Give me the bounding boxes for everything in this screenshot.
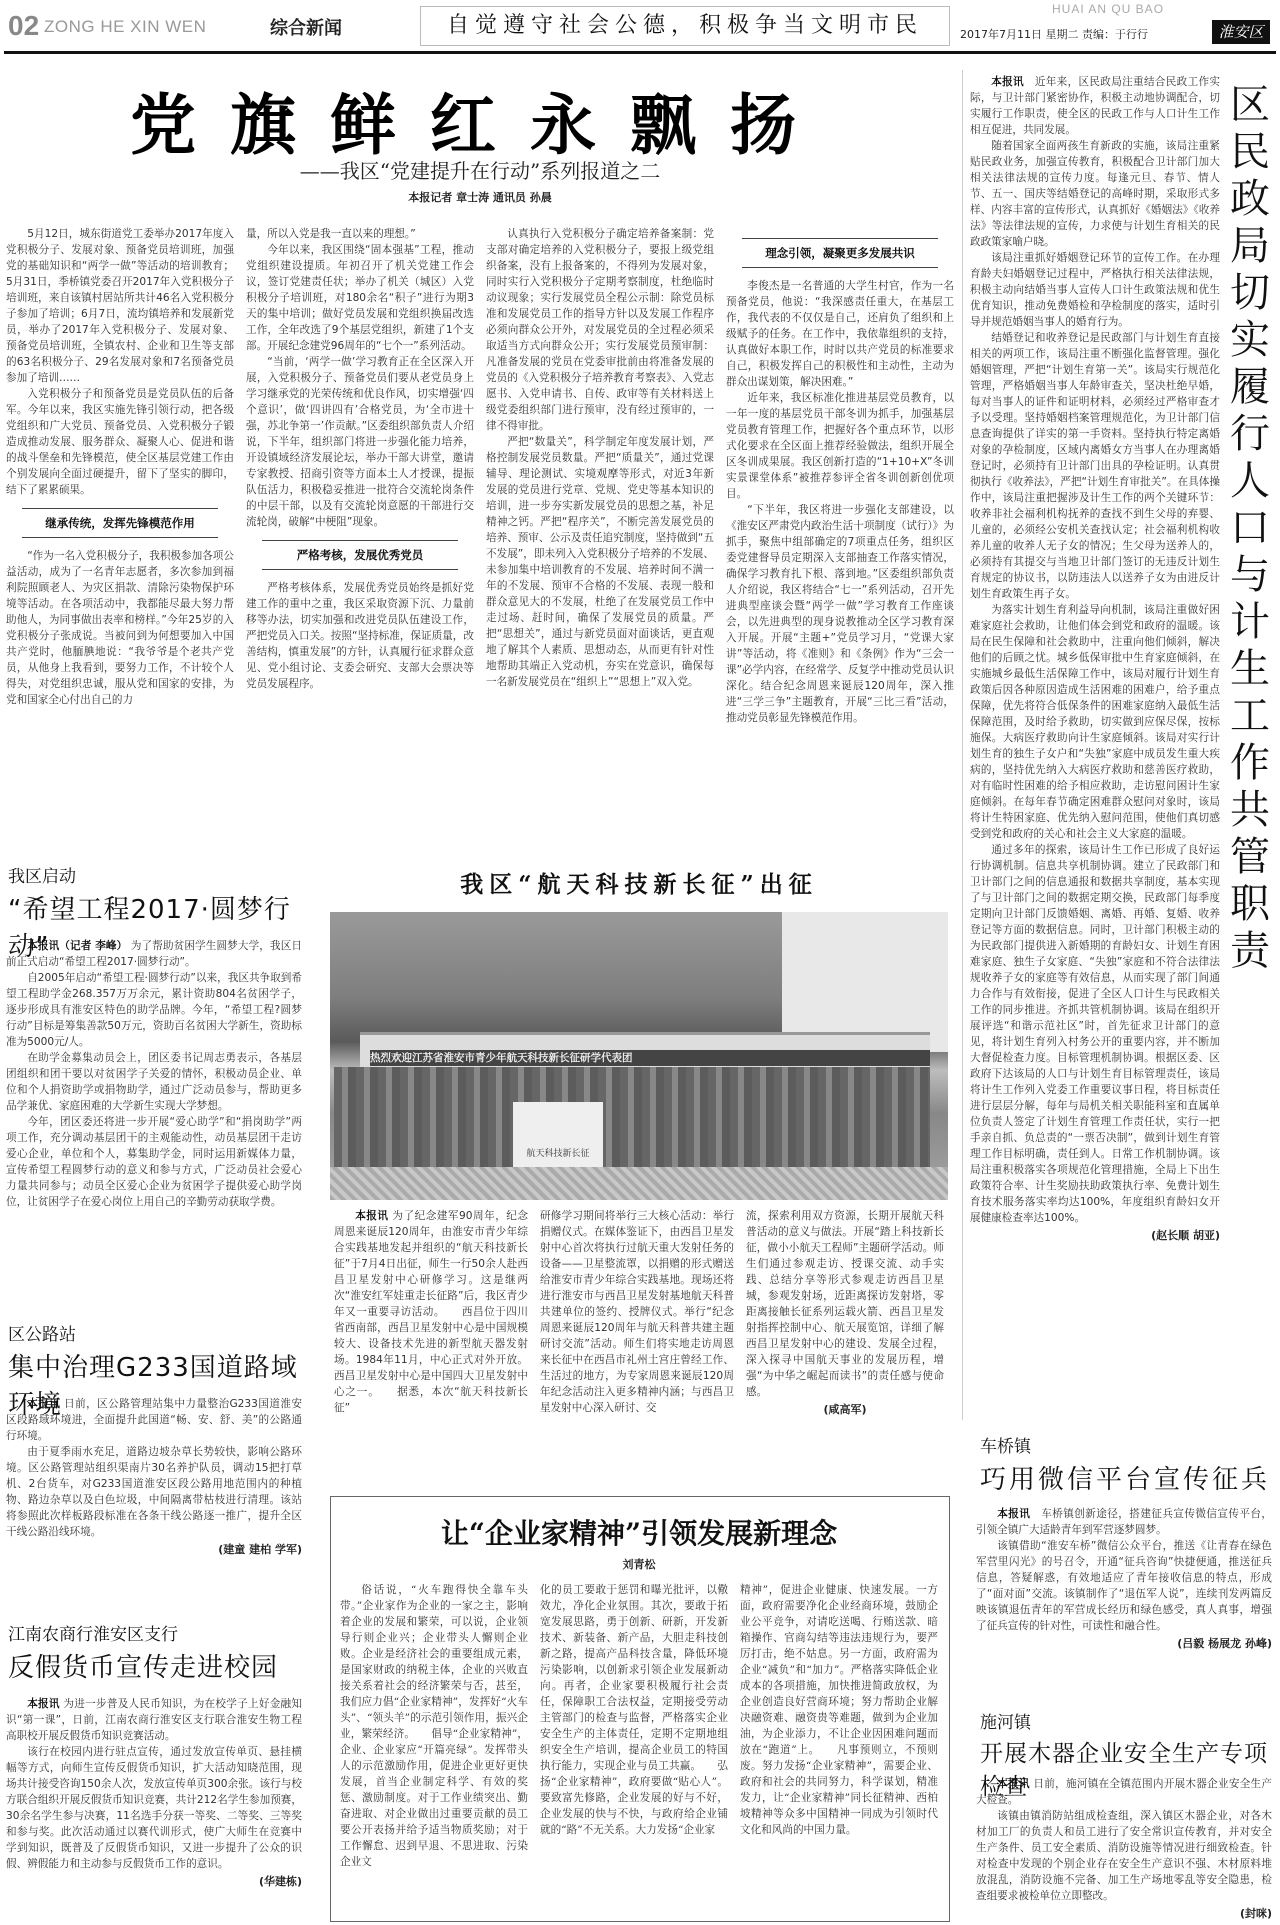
- photo-banner: 热烈欢迎江苏省淮安市青少年航天科技新长征研学代表团: [370, 1050, 930, 1066]
- editorial-column-2: 化的员工要敢于惩罚和曝光批评，以儆效尤，净化企业氛围。其次，要敢于拓宽发展思路，…: [540, 1582, 728, 1912]
- paragraph: 流，探索利用双方资源，长期开展航天科普活动的意义与做法。开展“踏上科技新长征，做…: [746, 1208, 944, 1400]
- lead-story-column-1: 5月12日，城东街道党工委举办2017年度入党积极分子、发展对象、预备党员培训班…: [6, 226, 234, 826]
- space-story-column-2: 研修学习期间将举行三大核心活动：举行捐赠仪式。在媒体鉴证下，由西昌卫星发射中心首…: [540, 1208, 734, 1488]
- story-credit: (建童 建柏 学军): [6, 1542, 302, 1558]
- lead-story-title: 党旗鲜红永飘扬: [40, 72, 920, 167]
- story-credit: (赵长顺 胡亚): [970, 1228, 1220, 1244]
- space-story-column-1: 本报讯 为了纪念建军90周年，纪念周恩来诞辰120周年，由淮安市青少年综合实践基…: [334, 1208, 528, 1488]
- paragraph: 入党积极分子和预备党员是党员队伍的后备军。今年以来，我区实施先锋引领行动，把各级…: [6, 386, 234, 498]
- cheqiao-headline: 车桥镇 巧用微信平台宣传征兵: [980, 1432, 1280, 1496]
- cheqiao-body: 本报讯 车桥镇创新途径，搭建征兵宣传微信宣传平台，引领全镇广大适龄青年到军营逐梦…: [976, 1506, 1272, 1706]
- shihe-body: 本报讯 日前，施河镇在全镇范围内开展木器企业安全生产大检查。 该镇由镇消防站组成…: [976, 1776, 1272, 1922]
- section-pinyin: ZONG HE XIN WEN: [44, 17, 206, 37]
- paragraph: 俗话说，“火车跑得快全靠车头带。”企业家作为企业的一家之主，影响着企业的发展和繁…: [340, 1582, 528, 1870]
- masthead: 02 ZONG HE XIN WEN 综合新闻 自觉遵守社会公德，积极争当文明市…: [0, 0, 1280, 56]
- paper-pinyin: HUAI AN QU BAO: [1052, 2, 1164, 16]
- paragraph: 结婚登记和收养登记是民政部门与计划生育直接相关的两项工作，该局注重不断强化监督管…: [970, 330, 1220, 602]
- paragraph: 该镇借助“淮安车桥”微信公众平台，推送《让青春在绿色军营里闪光》的号召令，开通“…: [976, 1538, 1272, 1634]
- paragraph: “作为一名入党积极分子，我积极参加各项公益活动，成为了一名青年志愿者，多次参加到…: [6, 548, 234, 708]
- paragraph: 认真执行入党积极分子确定培养备案制：党支部对确定培养的入党积极分子，要报上级党组…: [486, 226, 714, 434]
- group-photo: 热烈欢迎江苏省淮安市青少年航天科技新长征研学代表团 航天科技新长征: [330, 912, 948, 1200]
- lead-label: 本报讯: [27, 1398, 60, 1410]
- section-subhead: 理念引领，凝聚更多发展共识: [742, 238, 938, 268]
- lead-story-column-3: 认真执行入党积极分子确定培养备案制：党支部对确定培养的入党积极分子，要报上级党组…: [486, 226, 714, 826]
- paragraph: 该镇由镇消防站组成检查组，深入镇区木器企业，对各木材加工厂的负责人和员工进行了安…: [976, 1808, 1272, 1904]
- story-kicker: 车桥镇: [980, 1432, 1280, 1457]
- paragraph: 精神”，促进企业健康、快速发展。一方面，政府需要净化企业经商环境，鼓励企业公平竞…: [740, 1582, 938, 1838]
- editorial-column-3: 精神”，促进企业健康、快速发展。一方面，政府需要净化企业经商环境，鼓励企业公平竞…: [740, 1582, 938, 1912]
- section-name: 综合新闻: [270, 14, 342, 40]
- photo-crowd: [334, 1067, 930, 1167]
- lead-label: 本报讯（记者 李峰）: [27, 940, 127, 952]
- paragraph: 在助学金募集动员会上，团区委书记周志勇表示，各基层团组织和团干要以对贫困学子关爱…: [6, 1050, 302, 1114]
- paragraph: 今年以来，我区围绕“固本强基”工程，推动党组织建设提质。年初召开了机关党建工作会…: [246, 242, 474, 354]
- civil-affairs-vertical-title: 区民政局切实履行人口与计生工作共管职责: [1226, 82, 1274, 975]
- paragraph: 量，所以入党是我一直以来的理想。”: [246, 226, 474, 242]
- bank-body: 本报讯 为进一步普及人民币知识，为在校学子上好金融知识“第一课”，日前，江南农商…: [6, 1696, 302, 1922]
- column-divider: [962, 70, 963, 1420]
- dateline: 2017年7月11日 星期二 责编：于行行: [960, 26, 1148, 42]
- story-credit: (咸高军): [746, 1402, 944, 1418]
- lead-label: 本报讯: [991, 76, 1024, 88]
- story-credit: (封咪): [976, 1906, 1272, 1922]
- paragraph: 为落实计划生育利益导向机制，该局注重做好困难家庭社会救助，让他们体会到党和政府的…: [970, 602, 1220, 842]
- paragraph: 今年，团区委还将进一步开展“爱心助学”和“捐岗助学”两项工作，充分调动基层团干的…: [6, 1114, 302, 1210]
- paragraph: 通过多年的探索，该局计生工作已形成了良好运行协调机制。信息共享机制协调。建立了民…: [970, 842, 1220, 1226]
- paragraph: “当前，‘两学一做’学习教育正在全区深入开展，入党积极分子、预备党员们要从老党员…: [246, 354, 474, 530]
- bank-headline: 江南农商行淮安区支行 反假货币宣传走进校园: [8, 1620, 308, 1684]
- newspaper-logo: 淮安区报: [1212, 20, 1270, 44]
- lead-label: 本报讯: [355, 1210, 388, 1222]
- paragraph: 该行在校园内进行驻点宣传，通过发放宣传单页、悬挂横幅等方式，向师生宣传反假货币知…: [6, 1744, 302, 1872]
- slogan: 自觉遵守社会公德，积极争当文明市民: [421, 7, 949, 45]
- story-kicker: 江南农商行淮安区支行: [8, 1620, 308, 1645]
- paragraph: 近年来，我区标准化推进基层党员教育，以一年一度的基层党员干部冬训为抓手，加强基层…: [726, 390, 954, 502]
- highway-body: 本报讯 日前，区公路管理站集中力量整治G233国道淮安区段路域环境进，全面提升此…: [6, 1396, 302, 1596]
- story-kicker: 区公路站: [8, 1320, 308, 1345]
- story-headline: 巧用微信平台宣传征兵: [980, 1459, 1280, 1496]
- paragraph: 李俊杰是一名普通的大学生村官，作为一名预备党员，他说：“我深感责任重大，在基层工…: [726, 278, 954, 390]
- paragraph: “下半年，我区将进一步强化支部建设，以《淮安区严肃党内政治生活十项制度（试行）》…: [726, 502, 954, 726]
- story-kicker: 施河镇: [980, 1708, 1280, 1733]
- lead-story-subtitle: ——我区“党建提升在行动”系列报道之二: [40, 155, 920, 184]
- lead-label: 本报讯: [997, 1778, 1030, 1790]
- paragraph: 由于夏季雨水充足，道路边坡杂草长势较快，影响公路环境。区公路管理站组织渠南片30…: [6, 1444, 302, 1540]
- paragraph: 为了纪念建军90周年，纪念周恩来诞辰120周年，由淮安市青少年综合实践基地发起并…: [334, 1210, 528, 1414]
- hope-project-body: 本报讯（记者 李峰） 为了帮助贫困学生圆梦大学，我区日前正式启动“希望工程201…: [6, 938, 302, 1258]
- section-subhead: 严格考核，发展优秀党员: [262, 540, 458, 570]
- paragraph: 研修学习期间将举行三大核心活动：举行捐赠仪式。在媒体鉴证下，由西昌卫星发射中心首…: [540, 1208, 734, 1416]
- story-credit: (吕毅 杨展龙 孙峰): [976, 1636, 1272, 1652]
- lead-story-column-2: 量，所以入党是我一直以来的理想。” 今年以来，我区围绕“固本强基”工程，推动党组…: [246, 226, 474, 826]
- editorial-author: 刘青松: [330, 1556, 948, 1572]
- story-headline: 反假货币宣传走进校园: [8, 1647, 308, 1684]
- space-story-column-3: 流，探索利用双方资源，长期开展航天科普活动的意义与做法。开展“踏上科技新长征，做…: [746, 1208, 944, 1488]
- paragraph: 严格考核体系，发展优秀党员始终是抓好党建工作的重中之重，我区采取资源下沉、力量前…: [246, 580, 474, 692]
- editorial-column-1: 俗话说，“火车跑得快全靠车头带。”企业家作为企业的一家之主，影响着企业的发展和繁…: [340, 1582, 528, 1912]
- paragraph: 该局注重抓好婚姻登记环节的宣传工作。在办理育龄夫妇婚姻登记过程中，严格执行相关法…: [970, 250, 1220, 330]
- photo-ground: [330, 1167, 948, 1200]
- paragraph: 化的员工要敢于惩罚和曝光批评，以儆效尤，净化企业氛围。其次，要敢于拓宽发展思路，…: [540, 1582, 728, 1838]
- lead-story-column-4: 理念引领，凝聚更多发展共识 李俊杰是一名普通的大学生村官，作为一名预备党员，他说…: [726, 238, 954, 828]
- story-kicker: 我区启动: [8, 862, 308, 887]
- civil-affairs-story-body: 本报讯 近年来，区民政局注重结合民政工作实际，与卫计部门紧密协作，积极主动地协调…: [970, 74, 1220, 1404]
- paragraph: 随着国家全面两孩生育新政的实施，该局注重紧贴民政业务，加强宣传教育，积极配合卫计…: [970, 138, 1220, 250]
- lead-story-byline: 本报记者 章士涛 通讯员 孙晨: [40, 189, 920, 205]
- photo-building: [782, 912, 948, 1052]
- paragraph: 严把“数量关”，科学制定年度发展计划，严格控制发展党员数量。严把“质量关”，通过…: [486, 434, 714, 690]
- page-number: 02: [8, 10, 39, 42]
- masthead-rule: [4, 51, 1276, 54]
- photo-flag: 航天科技新长征: [513, 1102, 603, 1168]
- lead-label: 本报讯: [997, 1508, 1030, 1520]
- space-story-headline: 我区“航天科技新长征”出征: [330, 866, 948, 899]
- lead-label: 本报讯: [27, 1698, 60, 1710]
- story-credit: (华建栋): [6, 1874, 302, 1890]
- paragraph: 5月12日，城东街道党工委举办2017年度入党积极分子、发展对象、预备党员培训班…: [6, 226, 234, 386]
- paragraph: 自2005年启动“希望工程·圆梦行动”以来，我区共争取到希望工程助学金268.3…: [6, 970, 302, 1050]
- slogan-box: 自觉遵守社会公德，积极争当文明市民: [420, 6, 950, 46]
- section-subhead: 继承传统，发挥先锋模范作用: [22, 508, 218, 538]
- editorial-headline: 让“企业家精神”引领发展新理念: [330, 1512, 948, 1552]
